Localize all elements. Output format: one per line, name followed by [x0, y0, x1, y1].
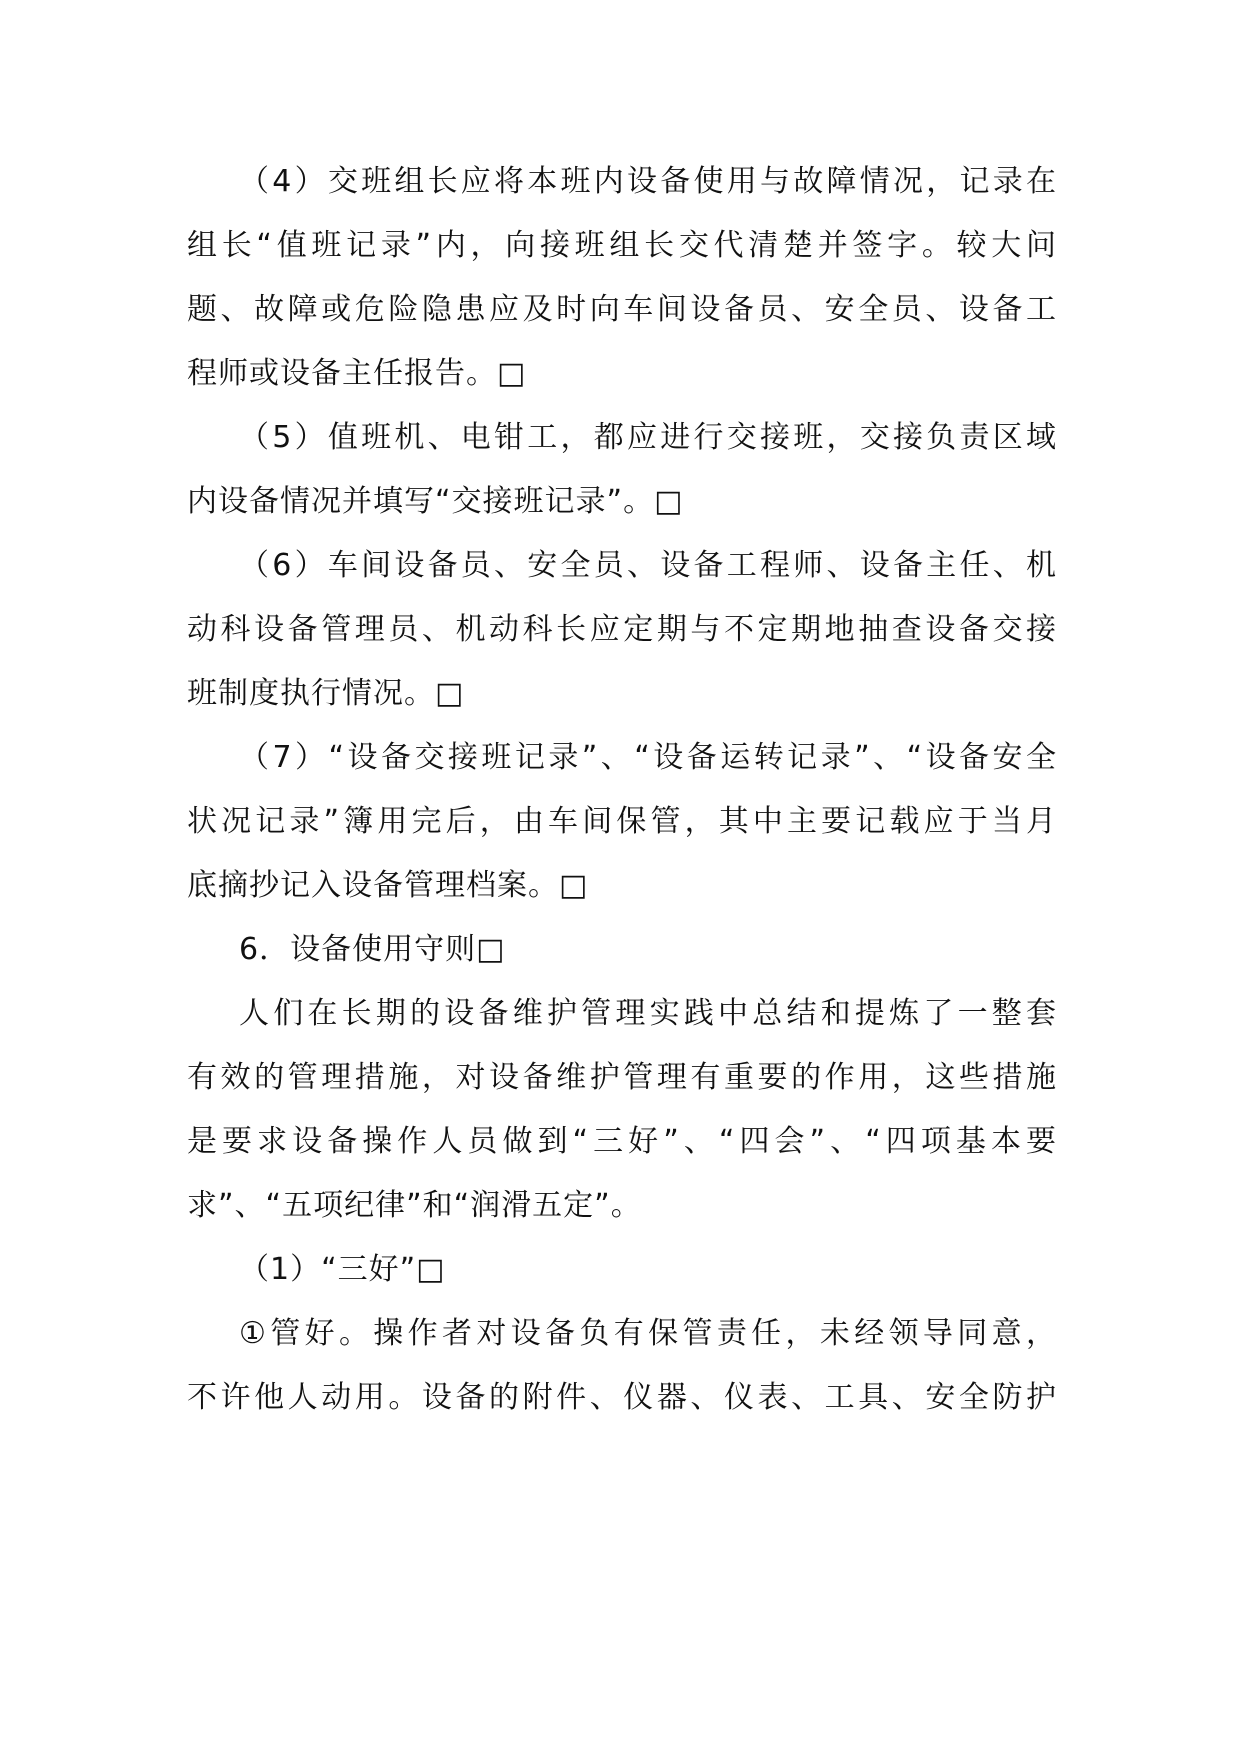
text-line: （7）“设备交接班记录”、“设备运转记录”、“设备安全	[239, 738, 1057, 778]
text-line: 状况记录”簿用完后，由车间保管，其中主要记载应于当月	[187, 802, 1057, 842]
text-line: 是要求设备操作人员做到“三好”、“四会”、“四项基本要	[187, 1122, 1057, 1162]
text-line: 不许他人动用。设备的附件、仪器、仪表、工具、安全防护	[187, 1378, 1057, 1418]
document-page: （4）交班组长应将本班内设备使用与故障情况，记录在 组长“值班记录”内，向接班组…	[0, 0, 1241, 1754]
text-line: 程师或设备主任报告。□	[187, 354, 1067, 394]
text-line: 人们在长期的设备维护管理实践中总结和提炼了一整套	[239, 994, 1057, 1034]
text-line: 有效的管理措施，对设备维护管理有重要的作用，这些措施	[187, 1058, 1057, 1098]
text-line: 动科设备管理员、机动科长应定期与不定期地抽查设备交接	[187, 610, 1057, 650]
subsection-heading: （1）“三好”□	[239, 1250, 1119, 1290]
section-heading: 6．设备使用守则□	[239, 930, 1119, 970]
text-line: （4）交班组长应将本班内设备使用与故障情况，记录在	[239, 162, 1057, 202]
text-line: （6）车间设备员、安全员、设备工程师、设备主任、机	[239, 546, 1057, 586]
text-line: 题、故障或危险隐患应及时向车间设备员、安全员、设备工	[187, 290, 1057, 330]
text-line: 组长“值班记录”内，向接班组长交代清楚并签字。较大问	[187, 226, 1057, 266]
text-line: （5）值班机、电钳工，都应进行交接班，交接负责区域	[239, 418, 1057, 458]
text-line: 班制度执行情况。□	[187, 674, 1067, 714]
text-line: 内设备情况并填写“交接班记录”。□	[187, 482, 1067, 522]
text-line: ①管好。操作者对设备负有保管责任，未经领导同意，	[239, 1314, 1057, 1354]
text-line: 求”、“五项纪律”和“润滑五定”。	[187, 1186, 1067, 1226]
text-line: 底摘抄记入设备管理档案。□	[187, 866, 1067, 906]
